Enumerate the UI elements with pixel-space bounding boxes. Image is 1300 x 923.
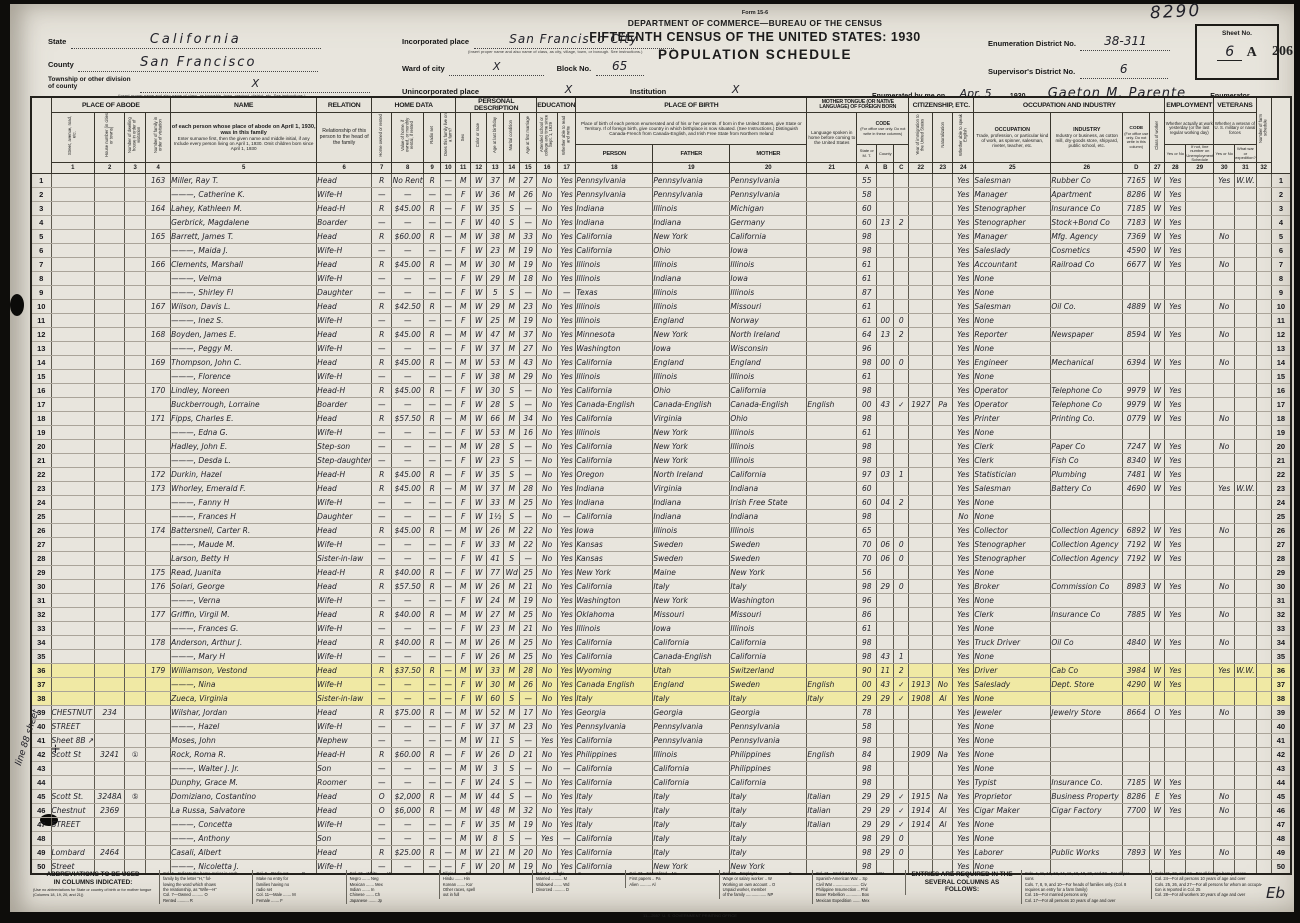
radio: — bbox=[424, 426, 441, 440]
owned-or-rented: R bbox=[372, 230, 392, 244]
code-b bbox=[877, 482, 894, 496]
naturalization bbox=[933, 216, 953, 230]
relation: Head-H bbox=[317, 468, 372, 482]
farm-schedule bbox=[1256, 608, 1271, 622]
occupation: Jeweler bbox=[974, 706, 1051, 720]
read-write: Yes bbox=[558, 454, 576, 468]
immigration-year bbox=[909, 426, 933, 440]
street: Chestnut bbox=[51, 804, 95, 818]
read-write: Yes bbox=[558, 608, 576, 622]
industry: Mechanical bbox=[1051, 356, 1123, 370]
table-row: 41Sheet 8B ↗Moses, JohnNephew————MW11S—Y… bbox=[31, 734, 1291, 748]
value-or-rent: $2,000 bbox=[392, 790, 424, 804]
veteran bbox=[1214, 314, 1235, 328]
sex: M bbox=[456, 580, 471, 594]
code-c: ✓ bbox=[894, 818, 909, 832]
age-at-marriage: 19 bbox=[520, 818, 537, 832]
color-race: W bbox=[471, 804, 487, 818]
read-write: — bbox=[558, 762, 576, 776]
line-number: 21 bbox=[1271, 454, 1291, 468]
occupation-code bbox=[1123, 286, 1150, 300]
farm: — bbox=[441, 258, 456, 272]
birthplace-person: Pennsylvania bbox=[576, 720, 653, 734]
unemployment-line bbox=[1186, 426, 1214, 440]
table-row: 49Lombard2464Casali, AlbertHeadR$25.00R—… bbox=[31, 846, 1291, 860]
street bbox=[51, 398, 95, 412]
birthplace-person: Georgia bbox=[576, 706, 653, 720]
industry: Public Works bbox=[1051, 846, 1123, 860]
mother-tongue bbox=[807, 720, 857, 734]
worker-class bbox=[1150, 650, 1165, 664]
employment-description: Whether actually at work yesterday (or t… bbox=[1165, 113, 1214, 145]
read-write: Yes bbox=[558, 594, 576, 608]
worked-yesterday: Yes bbox=[1165, 454, 1186, 468]
street bbox=[51, 300, 95, 314]
birthplace-person: California bbox=[576, 510, 653, 524]
name: ———, Desda L. bbox=[171, 454, 317, 468]
line-number: 4 bbox=[1271, 216, 1291, 230]
house-number bbox=[95, 244, 125, 258]
owned-or-rented: R bbox=[372, 636, 392, 650]
occupation: Clerk bbox=[974, 454, 1051, 468]
code-c bbox=[894, 566, 909, 580]
ed-label: Enumeration District No. bbox=[988, 39, 1076, 48]
birthplace-mother: Ohio bbox=[730, 412, 807, 426]
value-or-rent: — bbox=[392, 622, 424, 636]
table-row: 32177Griffin, Virgil M.HeadR$40.00R—MW27… bbox=[31, 608, 1291, 622]
immigration-year bbox=[909, 468, 933, 482]
code-b: 04 bbox=[877, 496, 894, 510]
birthplace-person: California bbox=[576, 384, 653, 398]
veteran bbox=[1214, 776, 1235, 790]
immigration-year bbox=[909, 734, 933, 748]
birthplace-mother: Pennsylvania bbox=[730, 188, 807, 202]
occupation-code: 7885 bbox=[1123, 608, 1150, 622]
speaks-english: Yes bbox=[953, 692, 974, 706]
industry bbox=[1051, 692, 1123, 706]
marital-condition: M bbox=[504, 258, 520, 272]
naturalization bbox=[933, 174, 953, 188]
industry: Paper Co bbox=[1051, 440, 1123, 454]
veteran: No bbox=[1214, 440, 1235, 454]
value-or-rent: — bbox=[392, 314, 424, 328]
immigration-year bbox=[909, 720, 933, 734]
code-b: 43 bbox=[877, 678, 894, 692]
unemployment-line bbox=[1186, 846, 1214, 860]
veteran bbox=[1214, 272, 1235, 286]
owned-or-rented: — bbox=[372, 216, 392, 230]
farm-schedule bbox=[1256, 594, 1271, 608]
industry: Plumbing bbox=[1051, 468, 1123, 482]
line-number: 45 bbox=[1271, 790, 1291, 804]
line-number: 34 bbox=[31, 636, 51, 650]
marital-condition: M bbox=[504, 804, 520, 818]
code-c: 2 bbox=[894, 664, 909, 678]
house-number bbox=[95, 174, 125, 188]
occupation-code: 8340 bbox=[1123, 454, 1150, 468]
line-number: 6 bbox=[1271, 244, 1291, 258]
speaks-english: Yes bbox=[953, 482, 974, 496]
occupation-code bbox=[1123, 748, 1150, 762]
speaks-english: Yes bbox=[953, 440, 974, 454]
unemployment-line bbox=[1186, 174, 1214, 188]
sex: F bbox=[456, 748, 471, 762]
relation: Head bbox=[317, 636, 372, 650]
birthplace-person: Pennsylvania bbox=[576, 174, 653, 188]
age: 11 bbox=[487, 734, 504, 748]
radio: R bbox=[424, 328, 441, 342]
mother-tongue bbox=[807, 384, 857, 398]
relation: Wife-H bbox=[317, 188, 372, 202]
owned-or-rented: R bbox=[372, 258, 392, 272]
code-b: 00 bbox=[877, 356, 894, 370]
dwelling-number bbox=[125, 244, 146, 258]
age-at-marriage: 43 bbox=[520, 356, 537, 370]
value-or-rent: No Rent bbox=[392, 174, 424, 188]
mother-tongue bbox=[807, 244, 857, 258]
table-row: 11———, Inez S.Wife-H————FW25M19NoYesIlli… bbox=[31, 314, 1291, 328]
farm: — bbox=[441, 230, 456, 244]
relation-description: Relationship of this person to the head … bbox=[317, 113, 372, 163]
code-a: 61 bbox=[857, 370, 877, 384]
radio: R bbox=[424, 412, 441, 426]
value-or-rent: — bbox=[392, 440, 424, 454]
farm-schedule bbox=[1256, 580, 1271, 594]
relation: Wife-H bbox=[317, 594, 372, 608]
war bbox=[1235, 762, 1256, 776]
line-number: 46 bbox=[31, 804, 51, 818]
sex: F bbox=[456, 314, 471, 328]
home-data-header: HOME DATA bbox=[372, 97, 456, 113]
war: W.W. bbox=[1235, 482, 1256, 496]
worked-yesterday bbox=[1165, 832, 1186, 846]
immigration-year bbox=[909, 244, 933, 258]
family-number bbox=[146, 454, 171, 468]
industry: Mfg. Agency bbox=[1051, 230, 1123, 244]
code-a: 55 bbox=[857, 174, 877, 188]
code-b bbox=[877, 454, 894, 468]
family-number bbox=[146, 776, 171, 790]
age-at-marriage: 18 bbox=[520, 272, 537, 286]
value-or-rent: $60.00 bbox=[392, 748, 424, 762]
sex: F bbox=[456, 552, 471, 566]
birthplace-mother: Illinois bbox=[730, 258, 807, 272]
occupation-code bbox=[1123, 496, 1150, 510]
place-of-abode-header: PLACE OF ABODE bbox=[51, 97, 171, 113]
farm-schedule bbox=[1256, 174, 1271, 188]
read-write: Yes bbox=[558, 706, 576, 720]
war bbox=[1235, 328, 1256, 342]
worker-class: W bbox=[1150, 636, 1165, 650]
unemployment-line bbox=[1186, 594, 1214, 608]
dwelling-number bbox=[125, 706, 146, 720]
speaks-english: Yes bbox=[953, 398, 974, 412]
birthplace-person: California bbox=[576, 440, 653, 454]
code-a: 61 bbox=[857, 300, 877, 314]
code-b bbox=[877, 426, 894, 440]
ward-value: X bbox=[493, 60, 501, 73]
industry: Printing Co. bbox=[1051, 412, 1123, 426]
veteran bbox=[1214, 832, 1235, 846]
line-number: 37 bbox=[31, 678, 51, 692]
worker-class: W bbox=[1150, 580, 1165, 594]
code-a: 29 bbox=[857, 818, 877, 832]
immigration-year bbox=[909, 356, 933, 370]
worked-yesterday bbox=[1165, 692, 1186, 706]
code-a: 98 bbox=[857, 832, 877, 846]
birthplace-father: Illinois bbox=[653, 258, 730, 272]
age-at-marriage: — bbox=[520, 734, 537, 748]
dwelling-number bbox=[125, 258, 146, 272]
house-number bbox=[95, 356, 125, 370]
line-number: 37 bbox=[1271, 678, 1291, 692]
line-number: 10 bbox=[31, 300, 51, 314]
attended-school: No bbox=[537, 818, 558, 832]
birthplace-mother: Sweden bbox=[730, 678, 807, 692]
war bbox=[1235, 454, 1256, 468]
value-or-rent: $40.00 bbox=[392, 608, 424, 622]
value-or-rent: — bbox=[392, 370, 424, 384]
speaks-english: Yes bbox=[953, 790, 974, 804]
sex: F bbox=[456, 398, 471, 412]
birthplace-mother: Sweden bbox=[730, 552, 807, 566]
age-at-marriage: 25 bbox=[520, 566, 537, 580]
unemployment-line bbox=[1186, 440, 1214, 454]
line-number: 42 bbox=[1271, 748, 1291, 762]
dwelling-number bbox=[125, 818, 146, 832]
line-number: 25 bbox=[1271, 510, 1291, 524]
owned-rented-header: Home owned or rented bbox=[372, 113, 392, 163]
worker-class: W bbox=[1150, 174, 1165, 188]
table-row: 43———, Walter J. Jr.Son————MW3S—No—Calif… bbox=[31, 762, 1291, 776]
house-number bbox=[95, 300, 125, 314]
speaks-english: Yes bbox=[953, 650, 974, 664]
war bbox=[1235, 608, 1256, 622]
unemployment-line bbox=[1186, 762, 1214, 776]
worker-class: W bbox=[1150, 188, 1165, 202]
marital-condition: S bbox=[504, 384, 520, 398]
line-number: 33 bbox=[31, 622, 51, 636]
worker-class bbox=[1150, 370, 1165, 384]
worked-yesterday: Yes bbox=[1165, 440, 1186, 454]
code-b bbox=[877, 762, 894, 776]
age: 37 bbox=[487, 482, 504, 496]
war bbox=[1235, 650, 1256, 664]
naturalization bbox=[933, 314, 953, 328]
occupation-code: 6677 bbox=[1123, 258, 1150, 272]
line-number: 35 bbox=[1271, 650, 1291, 664]
table-row: 48———, AnthonySon————MW8S—Yes—California… bbox=[31, 832, 1291, 846]
war bbox=[1235, 398, 1256, 412]
radio: R bbox=[424, 524, 441, 538]
occupation: Printer bbox=[974, 412, 1051, 426]
farm-schedule bbox=[1256, 566, 1271, 580]
sex: M bbox=[456, 300, 471, 314]
family-number: 178 bbox=[146, 636, 171, 650]
sex: M bbox=[456, 258, 471, 272]
veteran bbox=[1214, 622, 1235, 636]
marital-condition: M bbox=[504, 622, 520, 636]
veteran: No bbox=[1214, 790, 1235, 804]
immigration-year bbox=[909, 846, 933, 860]
age-at-marriage: 19 bbox=[520, 244, 537, 258]
age: 53 bbox=[487, 426, 504, 440]
farm-schedule bbox=[1256, 454, 1271, 468]
farm-schedule bbox=[1256, 216, 1271, 230]
code-a: 60 bbox=[857, 482, 877, 496]
radio: — bbox=[424, 762, 441, 776]
farm-schedule bbox=[1256, 622, 1271, 636]
veteran bbox=[1214, 202, 1235, 216]
age: 23 bbox=[487, 244, 504, 258]
farm: — bbox=[441, 748, 456, 762]
age-at-marriage: — bbox=[520, 216, 537, 230]
code-c bbox=[894, 202, 909, 216]
war-label: What war or expedition? bbox=[1235, 145, 1256, 163]
house-number bbox=[95, 552, 125, 566]
code-b: 00 bbox=[877, 314, 894, 328]
birthplace-person: Washington bbox=[576, 342, 653, 356]
speaks-english: Yes bbox=[953, 356, 974, 370]
dwelling-number bbox=[125, 272, 146, 286]
age: 41 bbox=[487, 552, 504, 566]
speaks-english: Yes bbox=[953, 846, 974, 860]
attended-school: No bbox=[537, 202, 558, 216]
unemployment-line bbox=[1186, 636, 1214, 650]
occupation-code bbox=[1123, 692, 1150, 706]
farm: — bbox=[441, 804, 456, 818]
age: 30 bbox=[487, 258, 504, 272]
attended-school: No bbox=[537, 790, 558, 804]
farm: — bbox=[441, 272, 456, 286]
code-a: 98 bbox=[857, 230, 877, 244]
street bbox=[51, 510, 95, 524]
value-or-rent: $40.00 bbox=[392, 566, 424, 580]
farm-schedule bbox=[1256, 720, 1271, 734]
occupation-code: 8983 bbox=[1123, 580, 1150, 594]
street bbox=[51, 412, 95, 426]
occupation: Saleslady bbox=[974, 244, 1051, 258]
column-number: 12 bbox=[471, 163, 487, 174]
line-number: 3 bbox=[1271, 202, 1291, 216]
table-row: 24———, Fanny HWife-H————FW33M25NoYesIndi… bbox=[31, 496, 1291, 510]
relation: Head bbox=[317, 608, 372, 622]
farm: — bbox=[441, 496, 456, 510]
street bbox=[51, 762, 95, 776]
read-write: Yes bbox=[558, 188, 576, 202]
speaks-english: Yes bbox=[953, 496, 974, 510]
code-c bbox=[894, 594, 909, 608]
marital-condition: M bbox=[504, 706, 520, 720]
relation: Wife-H bbox=[317, 314, 372, 328]
worked-yesterday: Yes bbox=[1165, 678, 1186, 692]
dwelling-number bbox=[125, 426, 146, 440]
house-number bbox=[95, 818, 125, 832]
value-or-rent: — bbox=[392, 454, 424, 468]
family-number: 173 bbox=[146, 482, 171, 496]
birthplace-father: Georgia bbox=[653, 706, 730, 720]
color-race: W bbox=[471, 384, 487, 398]
supervisors-district-field: Supervisor's District No. 6 bbox=[988, 60, 1168, 79]
attended-school: No bbox=[537, 468, 558, 482]
farm: — bbox=[441, 440, 456, 454]
attended-school: No bbox=[537, 552, 558, 566]
radio: — bbox=[424, 734, 441, 748]
naturalization bbox=[933, 664, 953, 678]
code-c bbox=[894, 286, 909, 300]
color-race: W bbox=[471, 174, 487, 188]
read-write: Yes bbox=[558, 818, 576, 832]
industry bbox=[1051, 286, 1123, 300]
sex: F bbox=[456, 692, 471, 706]
line-number: 2 bbox=[31, 188, 51, 202]
family-number: 166 bbox=[146, 258, 171, 272]
birthplace-mother: Illinois bbox=[730, 426, 807, 440]
birthplace-father: Illinois bbox=[653, 748, 730, 762]
read-write: Yes bbox=[558, 650, 576, 664]
dwelling-number bbox=[125, 188, 146, 202]
read-write: Yes bbox=[558, 300, 576, 314]
birthplace-mother: Canada-English bbox=[730, 398, 807, 412]
table-row: 37———, NinaWife-H————FW30M26NoYesCanada … bbox=[31, 678, 1291, 692]
birthplace-mother: Wisconsin bbox=[730, 342, 807, 356]
farm-schedule bbox=[1256, 440, 1271, 454]
birthplace-mother: Italy bbox=[730, 790, 807, 804]
speaks-english: Yes bbox=[953, 748, 974, 762]
worked-yesterday: Yes bbox=[1165, 468, 1186, 482]
color-race: W bbox=[471, 622, 487, 636]
mother-tongue bbox=[807, 300, 857, 314]
line-number: 17 bbox=[31, 398, 51, 412]
occupation-code bbox=[1123, 370, 1150, 384]
worked-yesterday: Yes bbox=[1165, 790, 1186, 804]
owned-or-rented: — bbox=[372, 398, 392, 412]
farm: — bbox=[441, 216, 456, 230]
occupation: Salesman bbox=[974, 300, 1051, 314]
owned-or-rented: — bbox=[372, 272, 392, 286]
line-number: 24 bbox=[31, 496, 51, 510]
marital-condition: S bbox=[504, 398, 520, 412]
farm-schedule bbox=[1256, 328, 1271, 342]
farm: — bbox=[441, 384, 456, 398]
occupation-code: 7183 bbox=[1123, 216, 1150, 230]
color-race: W bbox=[471, 412, 487, 426]
sex: F bbox=[456, 496, 471, 510]
age: 40 bbox=[487, 216, 504, 230]
unemployment-line bbox=[1186, 300, 1214, 314]
street bbox=[51, 328, 95, 342]
age: 33 bbox=[487, 664, 504, 678]
farm: — bbox=[441, 538, 456, 552]
marital-condition: M bbox=[504, 356, 520, 370]
war bbox=[1235, 678, 1256, 692]
unemployment-line bbox=[1186, 356, 1214, 370]
mother-tongue-header: MOTHER TONGUE (OR NATIVE LANGUAGE) OF FO… bbox=[807, 97, 909, 113]
street: Sheet 8B ↗ bbox=[51, 734, 95, 748]
home-value-header: Value of home, if owned, or monthly rent… bbox=[392, 113, 424, 163]
age: 1½ bbox=[487, 510, 504, 524]
birthplace-mother: California bbox=[730, 230, 807, 244]
line-number: 12 bbox=[1271, 328, 1291, 342]
farm: — bbox=[441, 468, 456, 482]
war bbox=[1235, 790, 1256, 804]
owned-or-rented: — bbox=[372, 426, 392, 440]
name: Wilson, Davis L. bbox=[171, 300, 317, 314]
color-race: W bbox=[471, 636, 487, 650]
color-race: W bbox=[471, 300, 487, 314]
table-row: 34178Anderson, Arthur J.HeadR$40.00R—MW2… bbox=[31, 636, 1291, 650]
worked-yesterday bbox=[1165, 594, 1186, 608]
